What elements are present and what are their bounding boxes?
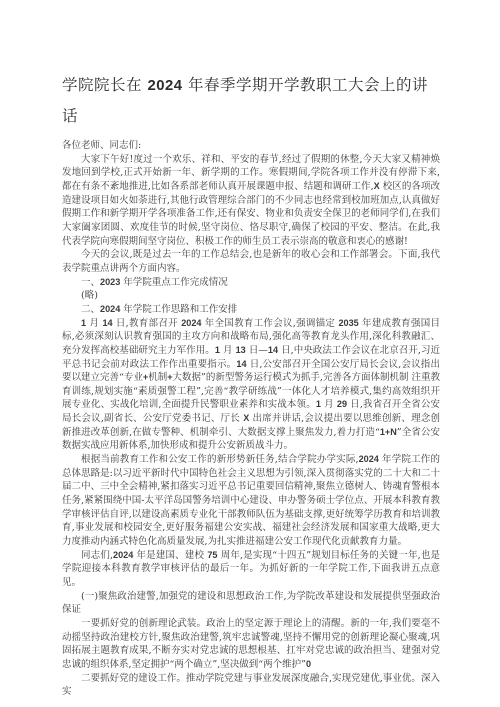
paragraph: 根据当前教育工作和公安工作的新形势新任务,结合学院办学实际,2024 年学院工作… [62, 453, 440, 549]
paragraph-salutation: 各位老师、同志们: [62, 139, 440, 153]
section-heading-1: 一、2023 年学院重点工作完成情况 [62, 276, 440, 290]
paragraph: 1 月 14 日,教育部召开 2024 年全国教育工作会议,强调锚定 2035 … [62, 317, 440, 454]
paragraph-omitted-marker: (略) [62, 289, 440, 303]
paragraph: 大家下午好!度过一个欢乐、祥和、平安的春节,经过了假期的休整,今天大家又精神焕发… [62, 153, 440, 249]
section-heading-2: 二、2024 年学院工作思路和工作安排 [62, 303, 440, 317]
subsection-heading-1: (一)聚焦政治建警,加强党的建设和思想政治工作,为学院改革建设和发展提供坚强政治… [62, 590, 440, 617]
paragraph: 一要抓好党的创新理论武装。政治上的坚定源于理论上的清醒。新的一年,我们要毫不动摇… [62, 617, 440, 672]
document-title-line2: 话 [62, 101, 440, 131]
paragraph: 二要抓好党的建设工作。推动学院党建与事业发展深度融合,实现党建优,事业优。深入实 [62, 672, 440, 699]
paragraph: 今天的会议,既是过去一年的工作总结会,也是新年的收心会和工作部署会。下面,我代表… [62, 248, 440, 275]
document-title-line1: 学院院长在 2024 年春季学期开学教职工大会上的讲 [62, 70, 440, 101]
document-page: 学院院长在 2024 年春季学期开学教职工大会上的讲 话 各位老师、同志们: 大… [0, 0, 500, 707]
document-title: 学院院长在 2024 年春季学期开学教职工大会上的讲 话 [62, 70, 440, 131]
document-body: 各位老师、同志们: 大家下午好!度过一个欢乐、祥和、平安的春节,经过了假期的休整… [62, 139, 440, 699]
paragraph: 同志们,2024 年是建国、建校 75 周年,是实现“十四五”规划目标任务的关键… [62, 549, 440, 590]
